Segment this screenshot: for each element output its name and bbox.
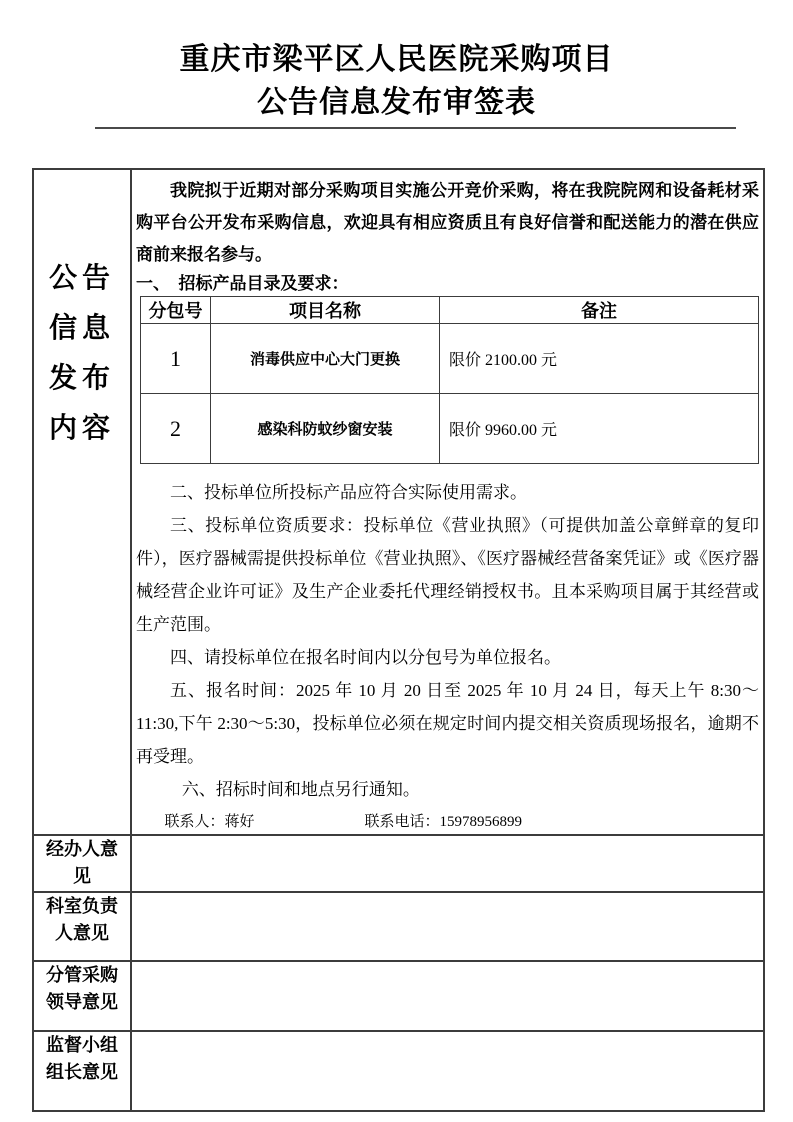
sign-content-cell <box>131 835 764 892</box>
sign-content-cell <box>131 892 764 961</box>
paragraph-3: 三、投标单位资质要求：投标单位《营业执照》（可提供加盖公章鲜章的复印件），医疗器… <box>136 509 759 641</box>
catalog-row-no: 1 <box>141 324 211 394</box>
sign-label-cell: 经办人意见 <box>33 835 131 892</box>
sign-label-cell: 监督小组组长意见 <box>33 1031 131 1111</box>
sign-row-label: 分管采购领导意见 <box>34 962 130 1016</box>
content-row-label-cell: 公告信息发布内容 <box>33 169 131 835</box>
content-cell: 我院拟于近期对部分采购项目实施公开竞价采购，将在我院院网和设备耗材采购平台公开发… <box>131 169 764 835</box>
paragraph-4: 四、请投标单位在报名时间内以分包号为单位报名。 <box>136 641 759 674</box>
terms-paragraphs: 二、投标单位所投标产品应符合实际使用需求。 三、投标单位资质要求：投标单位《营业… <box>136 476 759 806</box>
catalog-row-no: 2 <box>141 394 211 464</box>
catalog-header-package-no: 分包号 <box>141 297 211 324</box>
title-line-2: 公告信息发布审签表 <box>0 81 793 124</box>
sign-row-department-head: 科室负责人意见 <box>33 892 764 961</box>
sign-row-label: 经办人意见 <box>34 836 130 890</box>
catalog-row-name: 感染科防蚊纱窗安装 <box>211 394 440 464</box>
sign-row-handler: 经办人意见 <box>33 835 764 892</box>
sign-label-cell: 科室负责人意见 <box>33 892 131 961</box>
sign-label-cell: 分管采购领导意见 <box>33 961 131 1031</box>
sign-row-label: 监督小组组长意见 <box>34 1032 130 1086</box>
intro-paragraph: 我院拟于近期对部分采购项目实施公开竞价采购，将在我院院网和设备耗材采购平台公开发… <box>136 175 759 271</box>
paragraph-5: 五、报名时间：2025 年 10 月 20 日至 2025 年 10 月 24 … <box>136 674 759 773</box>
contact-line: 联系人：蒋好联系电话：15978956899 <box>136 810 759 834</box>
content-row: 公告信息发布内容 我院拟于近期对部分采购项目实施公开竞价采购，将在我院院网和设备… <box>33 169 764 835</box>
contact-person: 联系人：蒋好 <box>165 814 255 830</box>
catalog-row: 1 消毒供应中心大门更换 限价 2100.00 元 <box>141 324 759 394</box>
paragraph-2: 二、投标单位所投标产品应符合实际使用需求。 <box>136 476 759 509</box>
contact-phone: 联系电话：15978956899 <box>365 814 523 830</box>
approval-form-table: 公告信息发布内容 我院拟于近期对部分采购项目实施公开竞价采购，将在我院院网和设备… <box>32 168 765 1112</box>
catalog-header-remark: 备注 <box>440 297 759 324</box>
sign-row-procurement-leader: 分管采购领导意见 <box>33 961 764 1031</box>
sign-content-cell <box>131 1031 764 1111</box>
document-title: 重庆市梁平区人民医院采购项目 公告信息发布审签表 <box>0 38 793 124</box>
title-line-1: 重庆市梁平区人民医院采购项目 <box>0 38 793 81</box>
catalog-row-note: 限价 9960.00 元 <box>440 394 759 464</box>
catalog-heading: 一、 招标产品目录及要求： <box>136 271 759 296</box>
content-row-label: 公告信息发布内容 <box>47 254 117 454</box>
catalog-row-name: 消毒供应中心大门更换 <box>211 324 440 394</box>
paragraph-6: 六、招标时间和地点另行通知。 <box>136 773 759 806</box>
sign-row-supervision-group: 监督小组组长意见 <box>33 1031 764 1111</box>
catalog-header-project-name: 项目名称 <box>211 297 440 324</box>
catalog-row: 2 感染科防蚊纱窗安装 限价 9960.00 元 <box>141 394 759 464</box>
catalog-table: 分包号 项目名称 备注 1 消毒供应中心大门更换 限价 2100.00 元 2 … <box>140 296 759 464</box>
catalog-header-row: 分包号 项目名称 备注 <box>141 297 759 324</box>
sign-content-cell <box>131 961 764 1031</box>
title-underline <box>95 127 736 129</box>
catalog-row-note: 限价 2100.00 元 <box>440 324 759 394</box>
sign-row-label: 科室负责人意见 <box>34 893 130 947</box>
